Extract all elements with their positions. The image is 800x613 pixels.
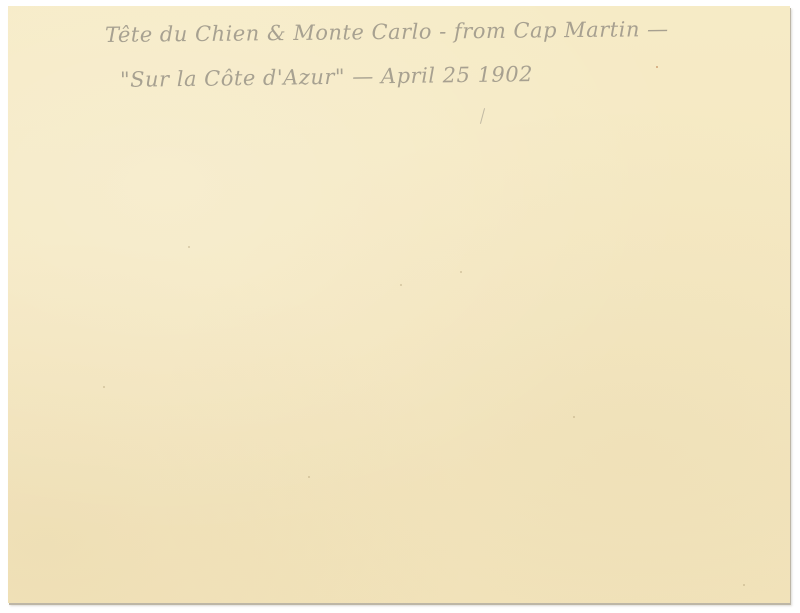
paper-speck: [400, 284, 402, 286]
paper-speck: [188, 246, 190, 248]
paper-speck: [460, 271, 462, 273]
paper-speck: [743, 584, 745, 586]
paper-sheet: [8, 6, 790, 603]
paper-speck: [103, 386, 105, 388]
paper-speck: [656, 66, 658, 68]
paper-speck: [308, 476, 310, 478]
paper-speck: [573, 416, 575, 418]
